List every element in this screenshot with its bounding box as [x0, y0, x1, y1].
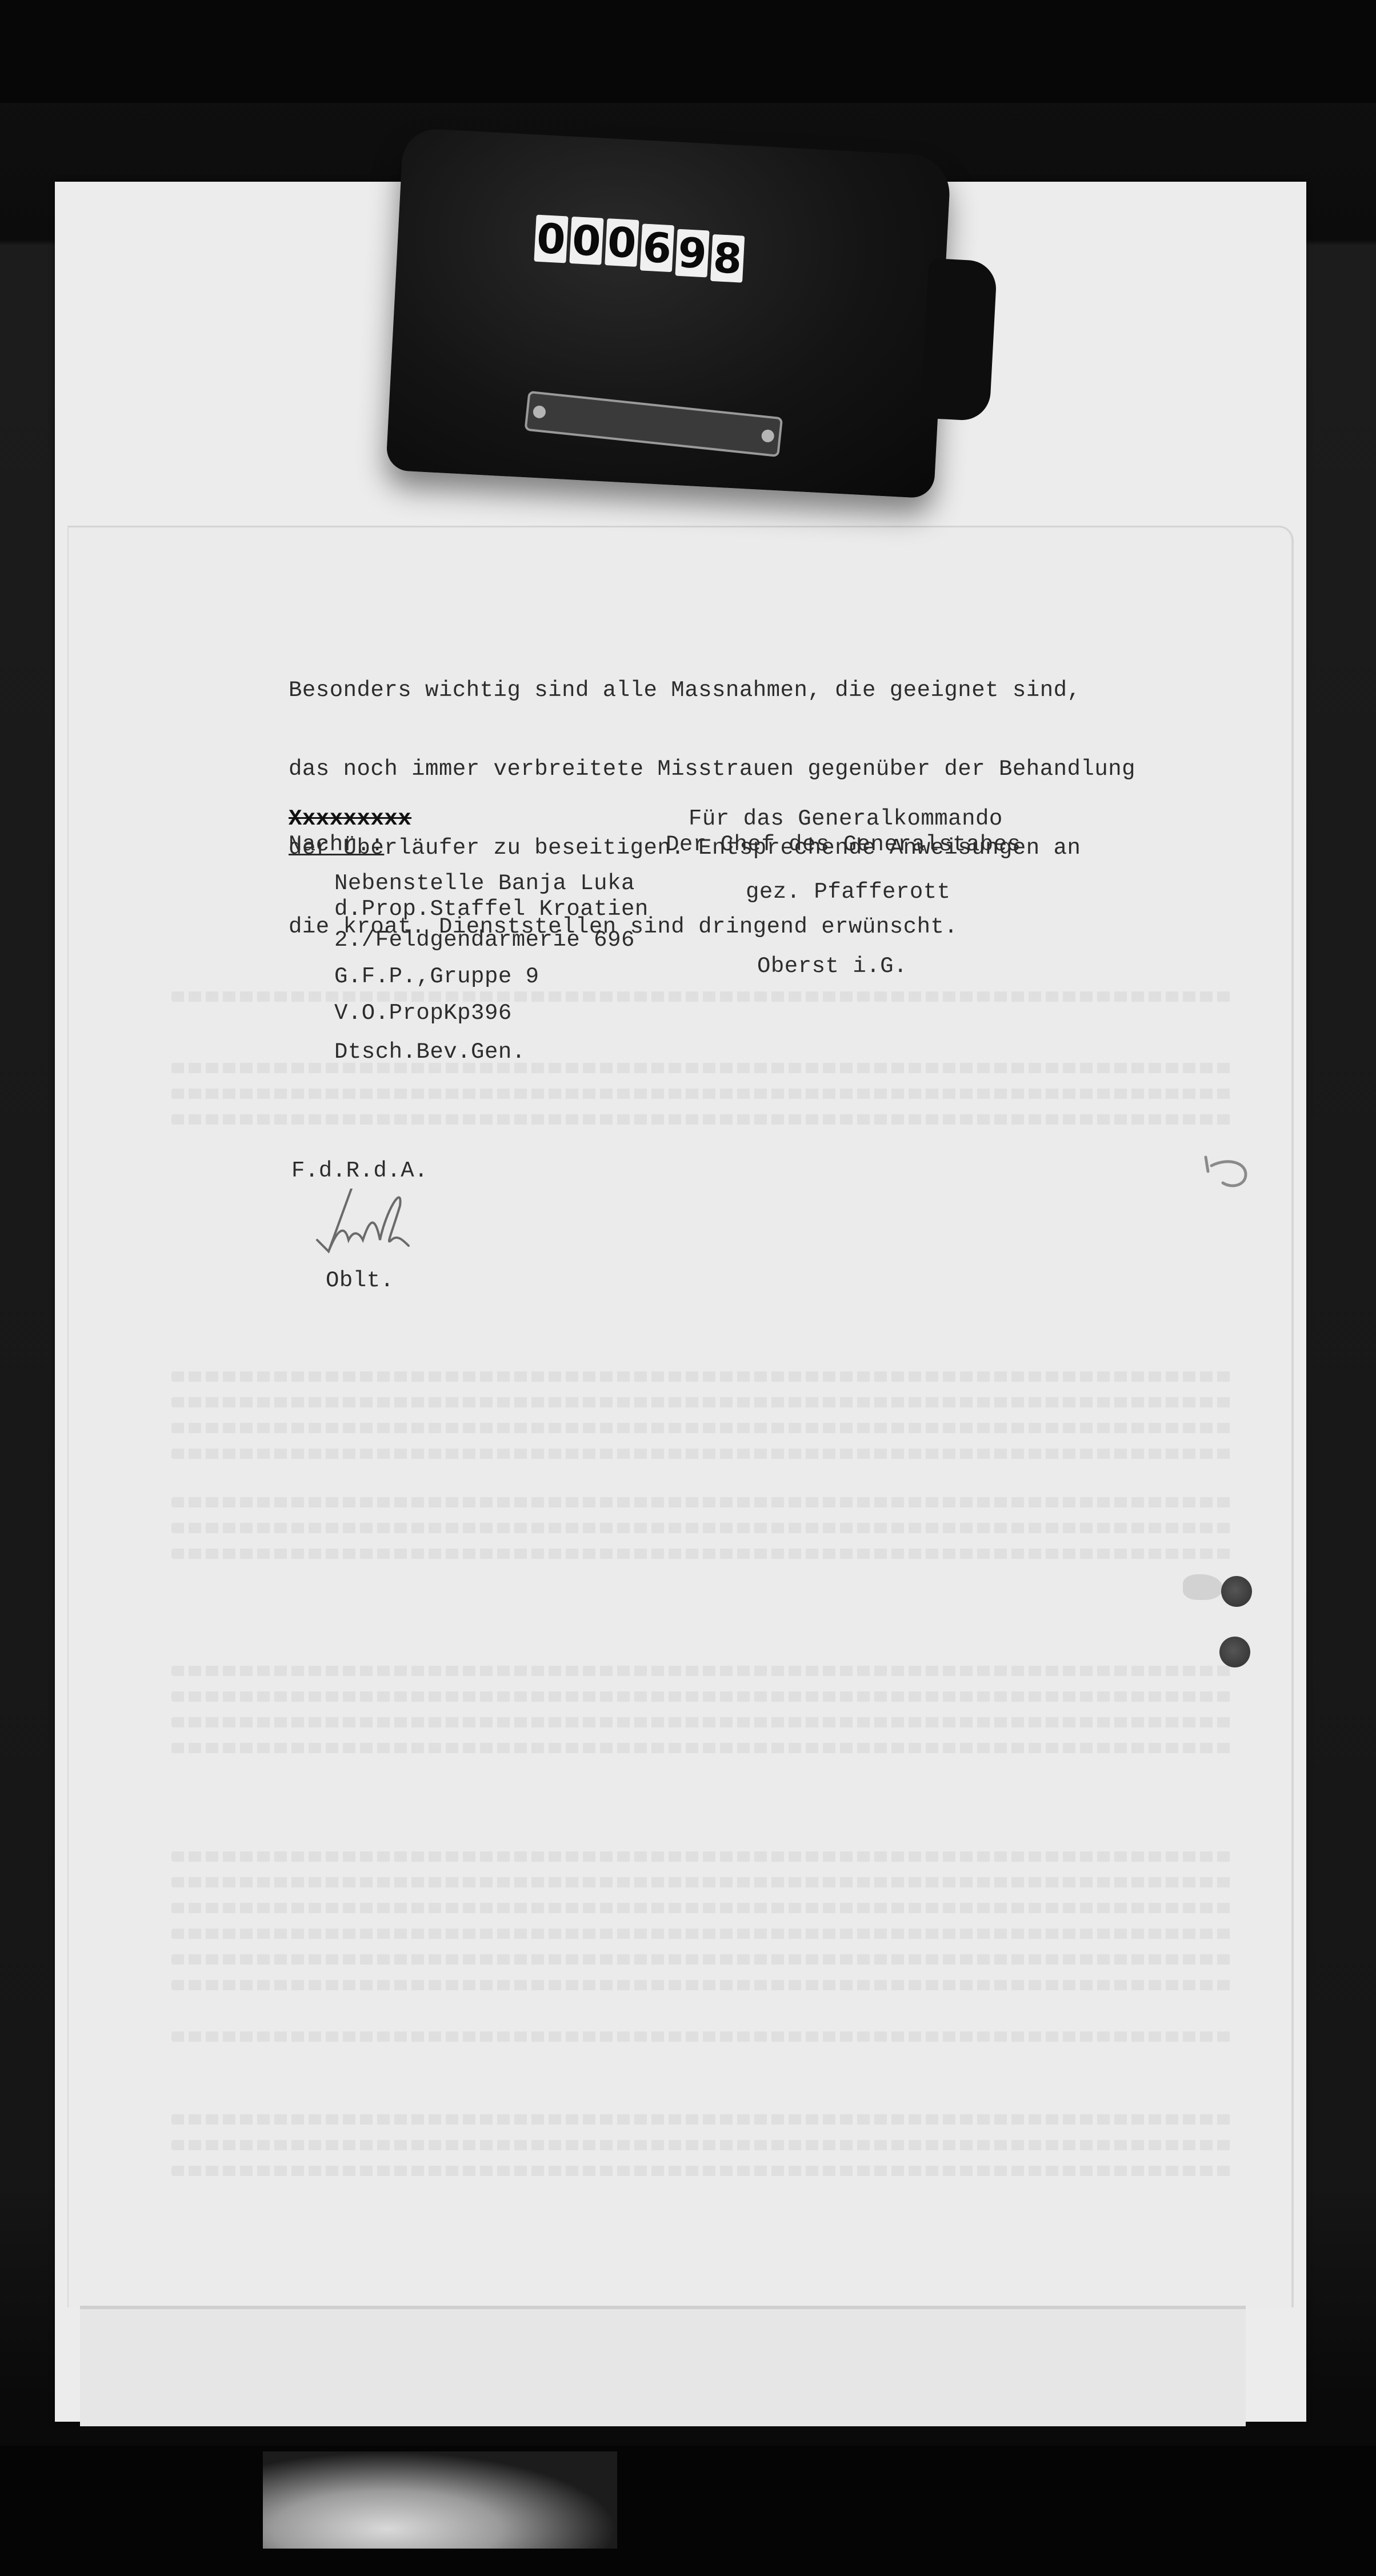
- counter-digit: 0: [605, 218, 639, 267]
- bleed-through-line: [171, 1371, 1234, 1382]
- bleed-through-line: [171, 1089, 1234, 1099]
- counter-digit: 6: [640, 223, 674, 272]
- bleed-through-line: [171, 1666, 1234, 1676]
- struck-out-heading: Xxxxxxxxx: [289, 806, 411, 832]
- bleed-through-line: [171, 1497, 1234, 1507]
- certification-rank: Oblt.: [326, 1267, 394, 1294]
- bleed-through-line: [171, 1980, 1234, 1990]
- signature-name: gez. Pfafferott: [746, 879, 951, 905]
- certification-label: F.d.R.d.A.: [291, 1158, 428, 1184]
- counter-display: 0 0 0 6 9 8: [533, 215, 745, 283]
- bleed-through-line: [171, 1877, 1234, 1887]
- counter-digit: 0: [534, 215, 568, 263]
- bleed-through-line: [171, 1549, 1234, 1559]
- paragraph-line: Besonders wichtig sind alle Massnahmen, …: [289, 677, 1135, 703]
- bleed-through-line: [171, 991, 1234, 1002]
- counter-digit: 8: [710, 234, 745, 283]
- bleed-through-line: [171, 1929, 1234, 1939]
- bleed-through-line: [171, 1423, 1234, 1433]
- bottom-film-artifact: [263, 2451, 617, 2549]
- bleed-through-line: [171, 1449, 1234, 1459]
- punch-hole: [1221, 1576, 1252, 1607]
- film-edge-bottom: [0, 2446, 1376, 2576]
- paragraph-line: das noch immer verbreitete Misstrauen ge…: [289, 756, 1135, 782]
- signature-title: Der Chef des Generalstabes: [666, 831, 1021, 858]
- bleed-through-line: [171, 1954, 1234, 1965]
- bleed-through-line: [171, 2031, 1234, 2042]
- punch-hole: [1219, 1637, 1250, 1667]
- backing-paper-fold: [80, 2306, 1246, 2426]
- distribution-item: Nebenstelle Banja Luka: [334, 870, 635, 897]
- pencil-mark-icon: [1200, 1149, 1257, 1194]
- bleed-through-line: [171, 1691, 1234, 1702]
- film-edge-top: [0, 0, 1376, 103]
- counter-digit: 9: [675, 229, 709, 278]
- signature-rank: Oberst i.G.: [757, 953, 907, 979]
- bleed-through-line: [171, 2140, 1234, 2150]
- bleed-through-line: [171, 1851, 1234, 1862]
- bleed-through-line: [171, 1717, 1234, 1727]
- bleed-through-line: [171, 1063, 1234, 1073]
- bleed-through-line: [171, 2114, 1234, 2125]
- bleed-through-line: [171, 1523, 1234, 1533]
- distribution-item: Dtsch.Bev.Gen.: [334, 1039, 526, 1065]
- bleed-through-line: [171, 1397, 1234, 1407]
- torn-hole-edge: [1183, 1574, 1223, 1600]
- bleed-through-line: [171, 1903, 1234, 1913]
- distribution-item: G.F.P.,Gruppe 9: [334, 963, 539, 990]
- distribution-item: d.Prop.Staffel Kroatien: [334, 896, 649, 922]
- bleed-through-line: [171, 1114, 1234, 1125]
- counter-nameplate: [524, 391, 783, 457]
- handwritten-signature-icon: [306, 1189, 454, 1274]
- page-counter-device: 0 0 0 6 9 8: [386, 127, 951, 498]
- distribution-item: V.O.PropKp396: [334, 1000, 512, 1026]
- signature-org: Für das Generalkommando: [689, 806, 1003, 832]
- counter-digit: 0: [569, 217, 603, 265]
- nachr-label: Nachr.:: [289, 831, 384, 858]
- distribution-item: 2./Feldgendarmerie 696: [334, 927, 635, 953]
- bleed-through-line: [171, 1743, 1234, 1753]
- bleed-through-line: [171, 2166, 1234, 2176]
- counter-knob: [921, 258, 997, 422]
